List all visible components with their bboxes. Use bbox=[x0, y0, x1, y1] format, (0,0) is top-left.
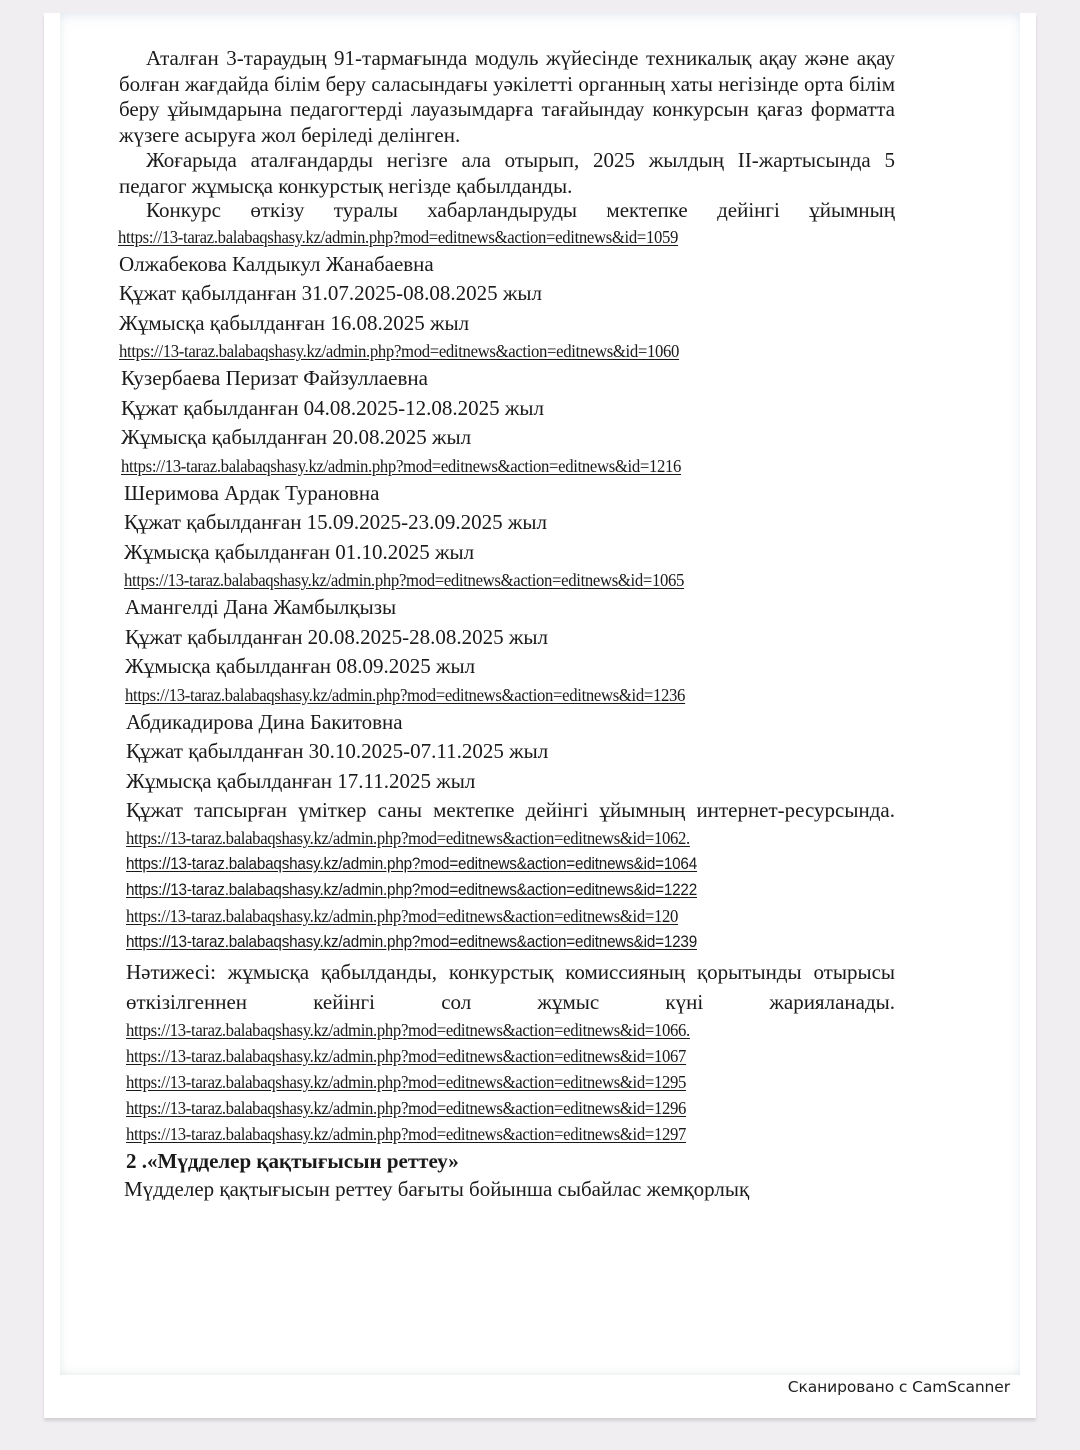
hired-date: Жұмысқа қабылданған 16.08.2025 жыл bbox=[119, 309, 895, 339]
camscanner-caption: Сканировано с CamScanner bbox=[788, 1378, 1010, 1396]
candidate-entry: Кузербаева Перизат ФайзуллаевнаҚұжат қаб… bbox=[121, 364, 895, 479]
result-link[interactable]: https://13-taraz.balabaqshasy.kz/admin.p… bbox=[126, 1043, 860, 1069]
result-link[interactable]: https://13-taraz.balabaqshasy.kz/admin.p… bbox=[126, 1121, 860, 1147]
documents-received-dates: Құжат қабылданған 31.07.2025-08.08.2025 … bbox=[119, 279, 895, 309]
candidate-list: Олжабекова Калдыкул ЖанабаевнаҚұжат қабы… bbox=[119, 250, 895, 797]
announcement-link[interactable]: https://13-taraz.balabaqshasy.kz/admin.p… bbox=[118, 224, 860, 250]
documents-received-dates: Құжат қабылданған 04.08.2025-12.08.2025 … bbox=[121, 394, 895, 424]
documents-received-dates: Құжат қабылданған 30.10.2025-07.11.2025 … bbox=[126, 737, 895, 767]
applicants-paragraph: Құжат тапсырған үміткер саны мектепке де… bbox=[126, 795, 895, 825]
candidate-name: Олжабекова Калдыкул Жанабаевна bbox=[119, 250, 895, 280]
section-2-first-line: Мүдделер қақтығысын реттеу бағыты бойынш… bbox=[124, 1175, 895, 1205]
applicants-link-list: https://13-taraz.balabaqshasy.kz/admin.p… bbox=[126, 825, 895, 955]
result-link[interactable]: https://13-taraz.balabaqshasy.kz/admin.p… bbox=[126, 1017, 860, 1043]
section-2-title: 2 .«Мүдделер қақтығысын реттеу» bbox=[126, 1147, 895, 1175]
documents-received-dates: Құжат қабылданған 20.08.2025-28.08.2025 … bbox=[125, 623, 895, 653]
intro-paragraph-3: Конкурс өткізу туралы хабарландыруды мек… bbox=[119, 198, 895, 224]
result-link[interactable]: https://13-taraz.balabaqshasy.kz/admin.p… bbox=[126, 1069, 860, 1095]
result-paragraph: Нәтижесі: жұмысқа қабылданды, конкурстық… bbox=[126, 957, 895, 1017]
candidate-entry: Олжабекова Калдыкул ЖанабаевнаҚұжат қабы… bbox=[119, 250, 895, 365]
candidate-name: Абдикадирова Дина Бакитовна bbox=[126, 708, 895, 738]
candidate-link[interactable]: https://13-taraz.balabaqshasy.kz/admin.p… bbox=[119, 338, 860, 364]
applicants-link[interactable]: https://13-taraz.balabaqshasy.kz/admin.p… bbox=[126, 929, 841, 955]
hired-date: Жұмысқа қабылданған 20.08.2025 жыл bbox=[121, 423, 895, 453]
result-link-list: https://13-taraz.balabaqshasy.kz/admin.p… bbox=[126, 1017, 895, 1147]
applicants-link[interactable]: https://13-taraz.balabaqshasy.kz/admin.p… bbox=[126, 851, 841, 877]
candidate-entry: Шеримова Ардак ТурановнаҚұжат қабылданға… bbox=[124, 479, 895, 594]
applicants-link[interactable]: https://13-taraz.balabaqshasy.kz/admin.p… bbox=[126, 877, 841, 903]
candidate-name: Шеримова Ардак Турановна bbox=[124, 479, 895, 509]
document-page: Аталған 3-тараудың 91-тармағында модуль … bbox=[119, 46, 895, 1205]
applicants-link[interactable]: https://13-taraz.balabaqshasy.kz/admin.p… bbox=[126, 825, 860, 851]
candidate-link[interactable]: https://13-taraz.balabaqshasy.kz/admin.p… bbox=[121, 453, 860, 479]
candidate-entry: Абдикадирова Дина БакитовнаҚұжат қабылда… bbox=[126, 708, 895, 797]
hired-date: Жұмысқа қабылданған 01.10.2025 жыл bbox=[124, 538, 895, 568]
candidate-name: Амангелді Дана Жамбылқызы bbox=[125, 593, 895, 623]
candidate-link[interactable]: https://13-taraz.balabaqshasy.kz/admin.p… bbox=[125, 682, 860, 708]
hired-date: Жұмысқа қабылданған 17.11.2025 жыл bbox=[126, 767, 895, 797]
candidate-entry: Амангелді Дана ЖамбылқызыҚұжат қабылданғ… bbox=[125, 593, 895, 708]
applicants-link[interactable]: https://13-taraz.balabaqshasy.kz/admin.p… bbox=[126, 903, 860, 929]
documents-received-dates: Құжат қабылданған 15.09.2025-23.09.2025 … bbox=[124, 508, 895, 538]
intro-paragraph-1: Аталған 3-тараудың 91-тармағында модуль … bbox=[119, 46, 895, 148]
candidate-name: Кузербаева Перизат Файзуллаевна bbox=[121, 364, 895, 394]
hired-date: Жұмысқа қабылданған 08.09.2025 жыл bbox=[125, 652, 895, 682]
result-link[interactable]: https://13-taraz.balabaqshasy.kz/admin.p… bbox=[126, 1095, 860, 1121]
intro-paragraph-2: Жоғарыда аталғандарды негізге ала отырып… bbox=[119, 148, 895, 199]
candidate-link[interactable]: https://13-taraz.balabaqshasy.kz/admin.p… bbox=[124, 567, 860, 593]
